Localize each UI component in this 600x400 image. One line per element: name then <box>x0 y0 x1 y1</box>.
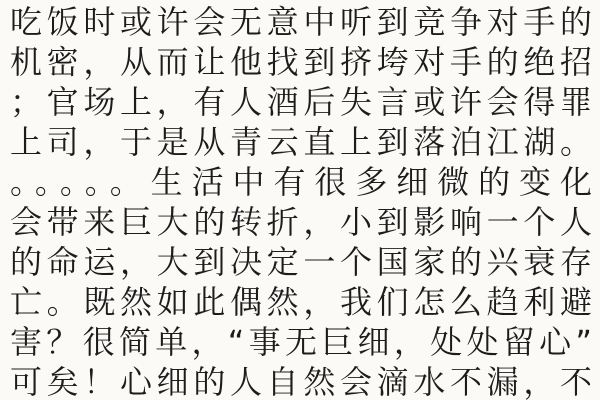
text-line-3: ；官场上，有人酒后失言或许会得罪 <box>10 82 592 122</box>
text-line-10: 可矣！心细的人自然会滴水不漏，不 <box>10 362 592 400</box>
text-line-2: 机密，从而让他找到挤垮对手的绝招 <box>10 42 592 82</box>
text-line-5: 。。。。。生活中有很多细微的变化 <box>10 162 592 202</box>
text-line-7: 的命运，大到决定一个国家的兴衰存 <box>10 242 592 282</box>
text-line-1: 吃饭时或许会无意中听到竞争对手的 <box>10 2 592 42</box>
text-line-8: 亡。既然如此偶然，我们怎么趋利避 <box>10 282 592 322</box>
text-line-6: 会带来巨大的转折，小到影响一个人 <box>10 202 592 242</box>
text-line-9: 害？很简单，“事无巨细，处处留心” <box>10 322 592 362</box>
text-line-4: 上司，于是从青云直上到落泊江湖。 <box>10 122 592 162</box>
scanned-text-page: 吃饭时或许会无意中听到竞争对手的 机密，从而让他找到挤垮对手的绝招 ；官场上，有… <box>0 0 600 400</box>
